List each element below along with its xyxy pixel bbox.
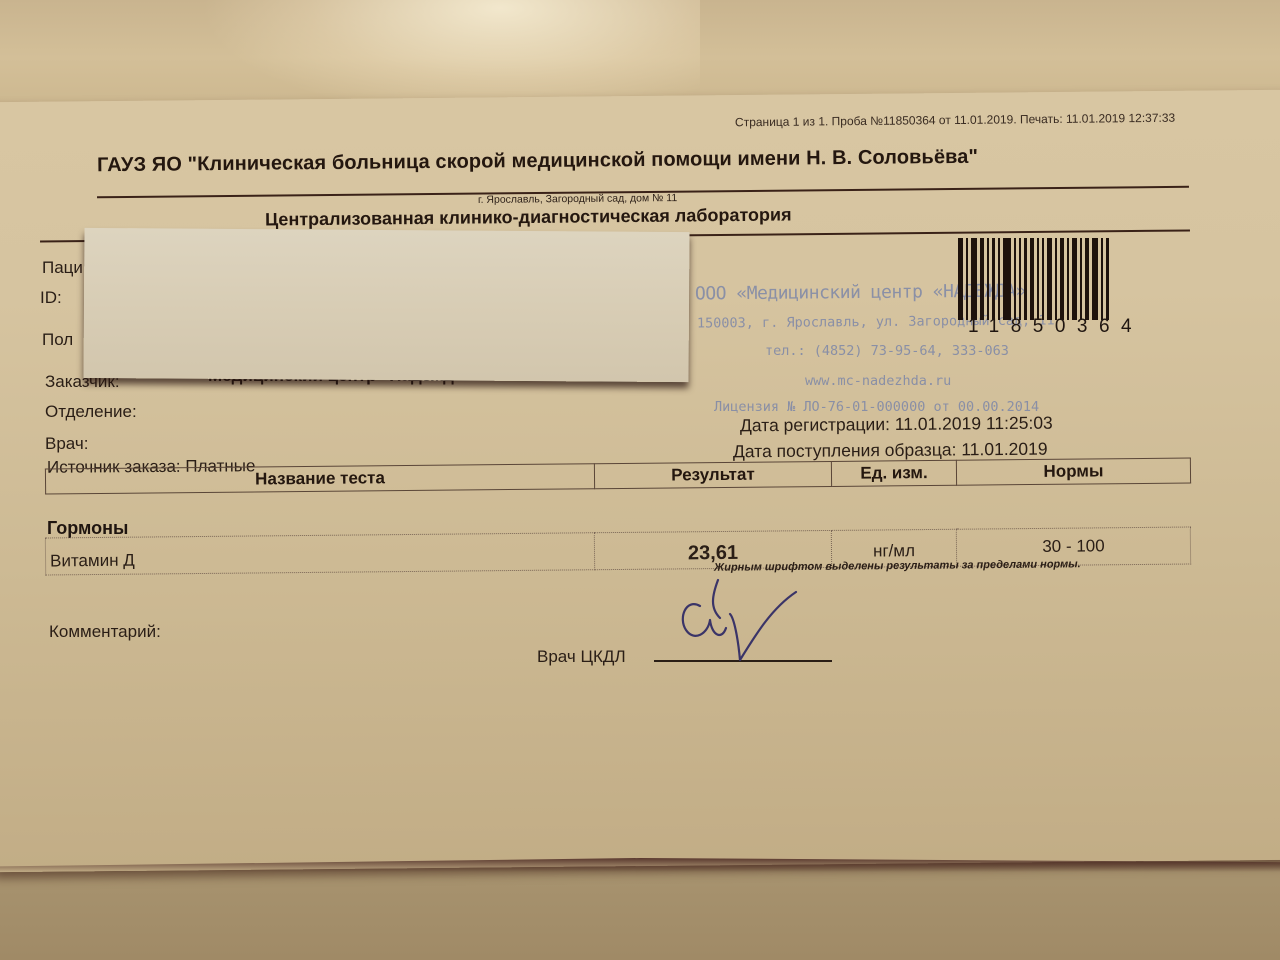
column-unit: Ед. изм. bbox=[831, 460, 956, 486]
sample-received-value: 11.01.2019 bbox=[961, 439, 1047, 460]
signature-label: Врач ЦКДЛ bbox=[537, 647, 626, 667]
signature-mark bbox=[660, 578, 810, 668]
stamp-phone: тел.: (4852) 73-95-64, 333-063 bbox=[765, 343, 1009, 359]
redaction-paper bbox=[83, 228, 689, 382]
column-norms: Нормы bbox=[956, 458, 1190, 485]
table-surface bbox=[0, 860, 1280, 960]
comment-label: Комментарий: bbox=[49, 622, 161, 642]
barcode-digits: 11850364 bbox=[968, 316, 1143, 338]
department-label: Отделение: bbox=[45, 402, 137, 422]
test-name-cell: Витамин Д bbox=[45, 533, 594, 575]
patient-label: Паци bbox=[42, 258, 83, 278]
id-label: ID: bbox=[40, 288, 62, 308]
sex-label: Пол bbox=[42, 330, 73, 350]
doctor-label: Врач: bbox=[45, 434, 88, 454]
column-result: Результат bbox=[594, 461, 831, 488]
barcode bbox=[958, 238, 1112, 320]
column-test-name: Название теста bbox=[45, 464, 594, 494]
stamp-website: www.mc-nadezhda.ru bbox=[805, 373, 951, 389]
sample-received-label: Дата поступления образца: bbox=[733, 439, 957, 461]
registration-date-value: 11.01.2019 11:25:03 bbox=[895, 413, 1053, 434]
registration-date: Дата регистрации: 11.01.2019 11:25:03 bbox=[740, 413, 1053, 437]
registration-date-label: Дата регистрации: bbox=[740, 414, 890, 435]
